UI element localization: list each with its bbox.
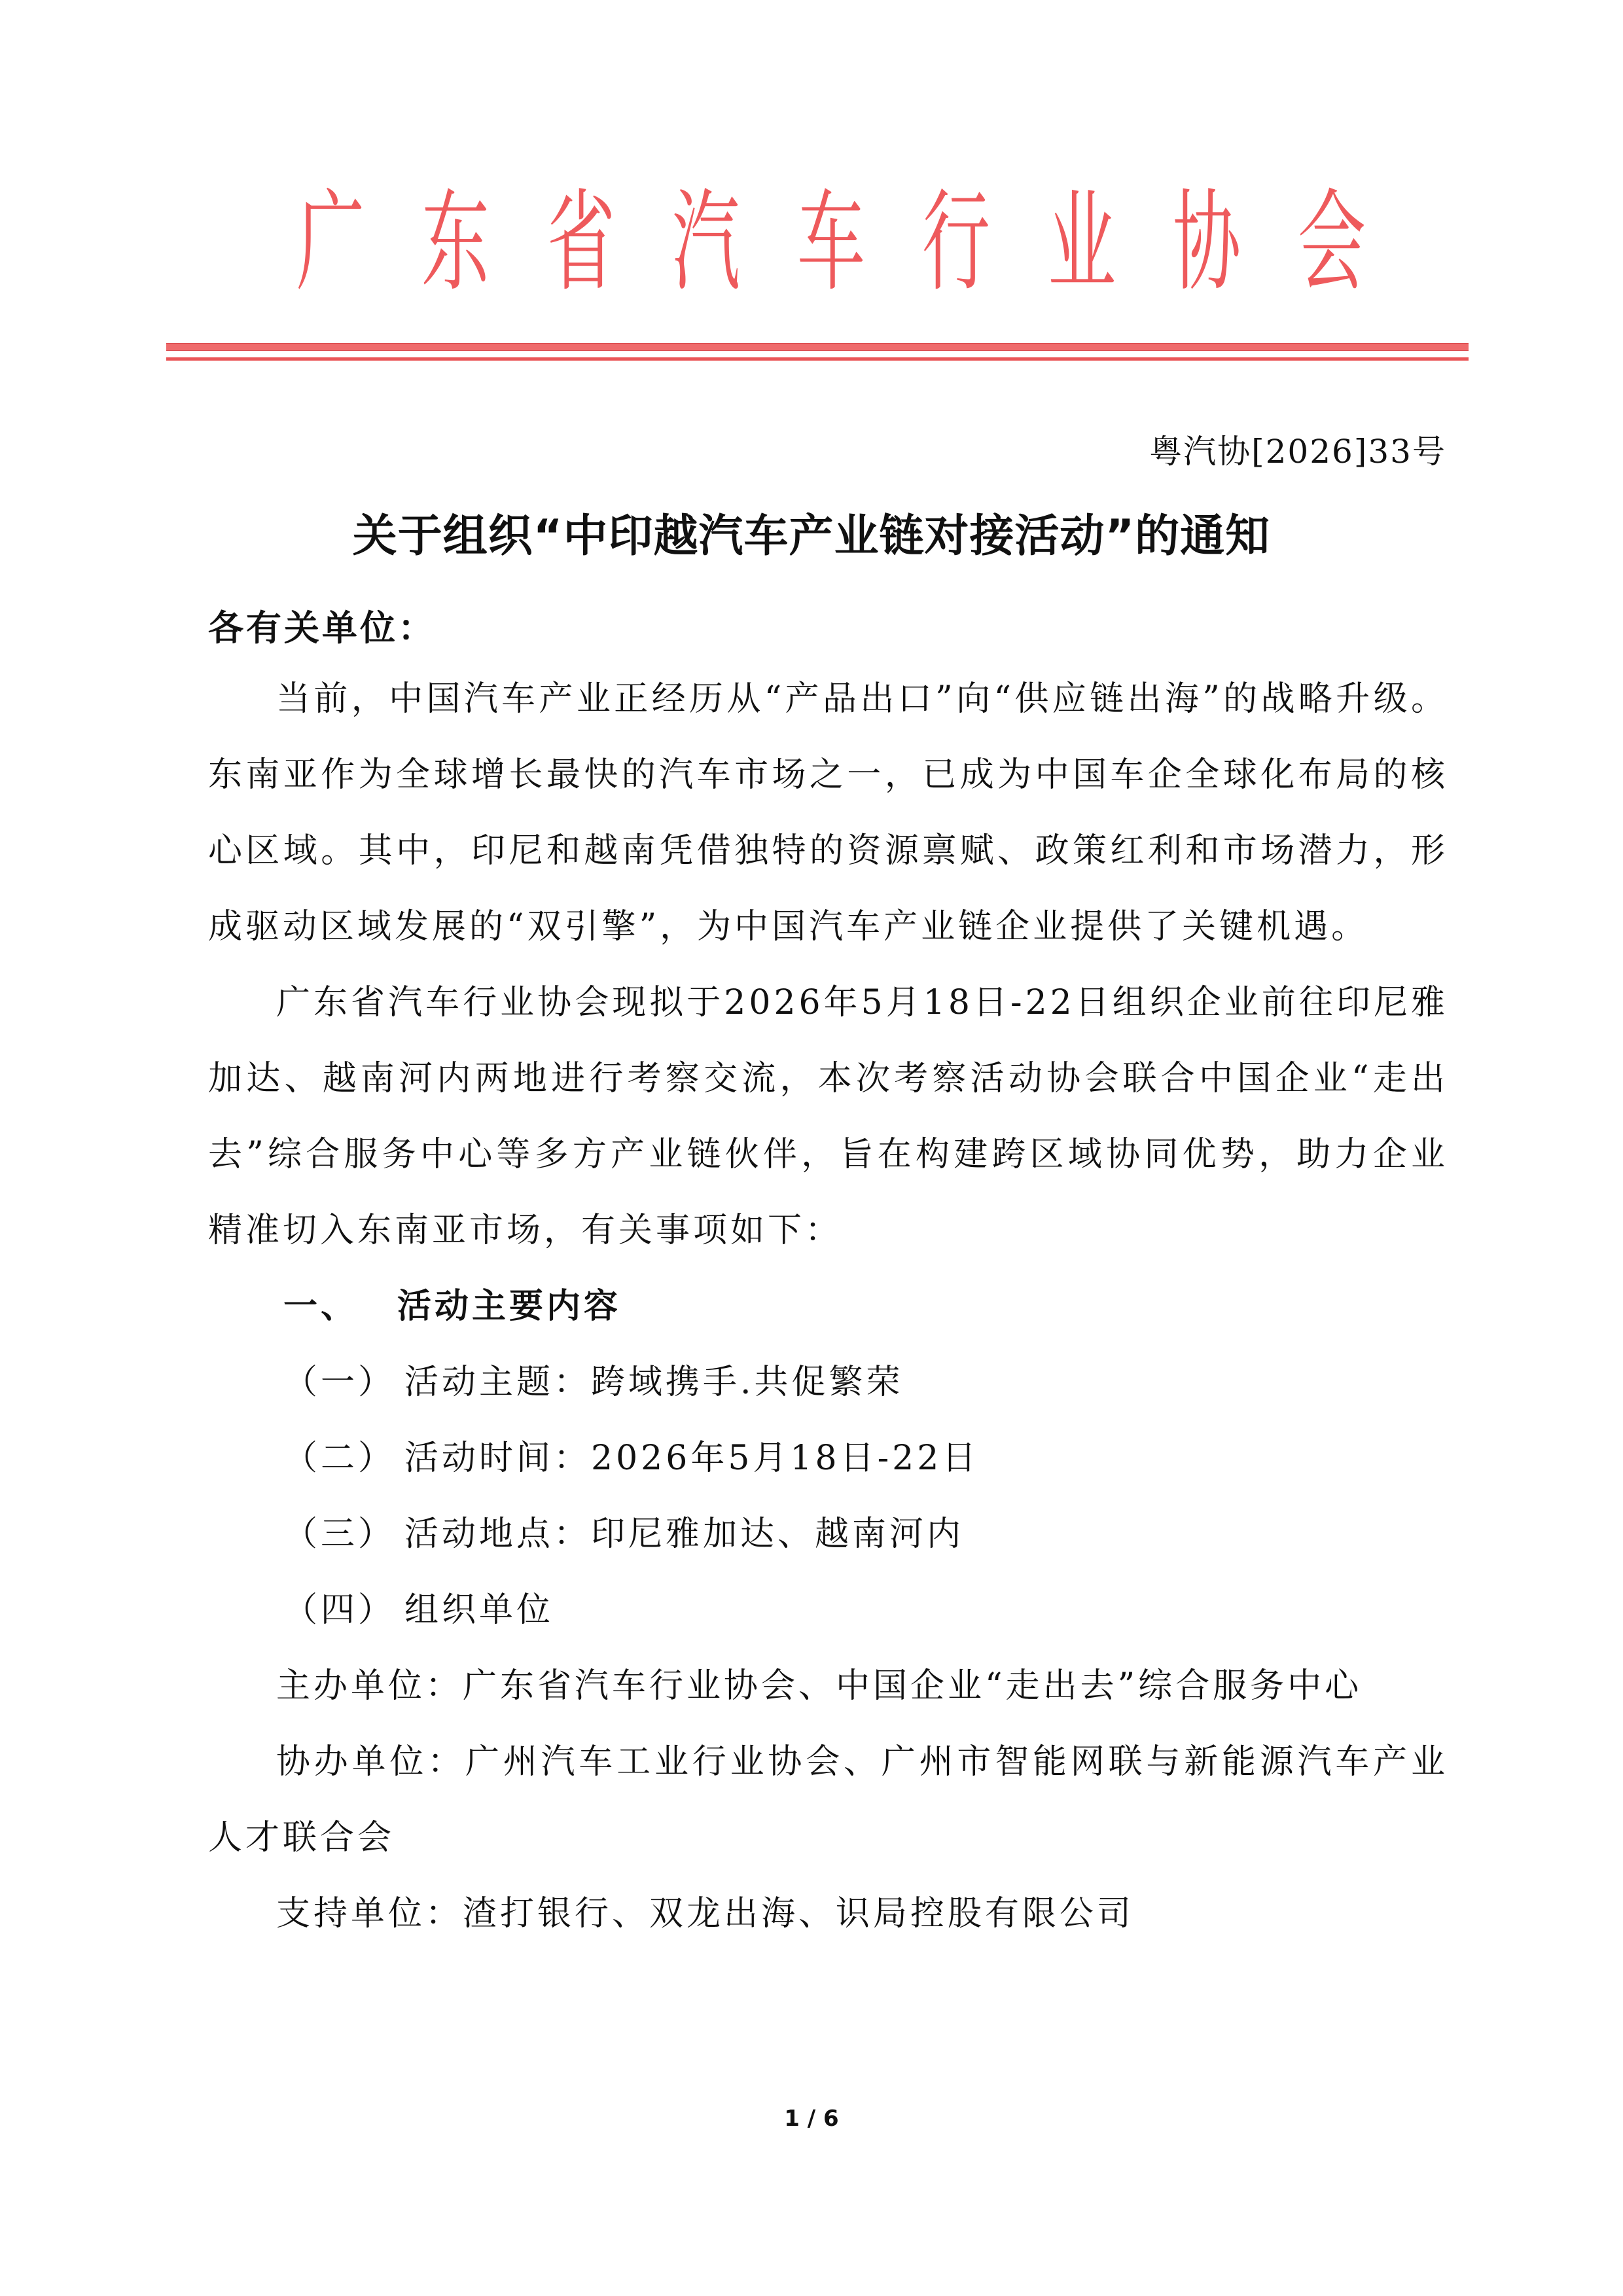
- letterhead-rule-thick: [166, 343, 1469, 351]
- item-label: （一）: [283, 1363, 395, 1402]
- item-text: 活动地点：印尼雅加达、越南河内: [404, 1515, 964, 1554]
- co-organizer: 协办单位：广州汽车工业行业协会、广州市智能网联与新能源汽车产业人才联合会: [208, 1724, 1448, 1876]
- document-number: 粤汽协[2026]33号: [1149, 429, 1446, 475]
- item-text: 活动时间：2026年5月18日-22日: [404, 1439, 979, 1478]
- letterhead-char: 东: [421, 187, 490, 297]
- body-paragraph: 广东省汽车行业协会现拟于2026年5月18日-22日组织企业前往印尼雅加达、越南…: [208, 965, 1448, 1268]
- body-paragraph: 当前，中国汽车产业正经历从“产品出口”向“供应链出海”的战略升级。东南亚作为全球…: [208, 661, 1448, 965]
- letterhead-char: 业: [1047, 187, 1116, 297]
- item-label: （二）: [283, 1439, 395, 1478]
- section-number: 一、: [283, 1287, 358, 1326]
- list-item-time: （二）活动时间：2026年5月18日-22日: [208, 1420, 1448, 1496]
- item-label: （三）: [283, 1515, 395, 1554]
- list-item-organizers: （四）组织单位: [208, 1572, 1448, 1648]
- letterhead-char: 行: [922, 187, 991, 297]
- section-title: 活动主要内容: [397, 1287, 621, 1326]
- salutation: 各有关单位：: [208, 602, 436, 655]
- letterhead-char: 协: [1172, 187, 1241, 297]
- section-heading: 一、活动主要内容: [208, 1268, 1448, 1344]
- page-number: 1 / 6: [0, 2102, 1623, 2135]
- document-body: 当前，中国汽车产业正经历从“产品出口”向“供应链出海”的战略升级。东南亚作为全球…: [208, 661, 1448, 1952]
- letterhead-char: 汽: [671, 187, 740, 297]
- list-item-theme: （一）活动主题：跨域携手.共促繁荣: [208, 1344, 1448, 1420]
- host-organizer: 主办单位：广东省汽车行业协会、中国企业“走出去”综合服务中心: [208, 1648, 1448, 1724]
- letterhead-char: 省: [546, 187, 615, 297]
- letterhead-char: 车: [796, 187, 865, 297]
- item-label: （四）: [283, 1590, 395, 1630]
- letterhead: 广 东 省 汽 车 行 业 协 会: [275, 177, 1387, 308]
- list-item-location: （三）活动地点：印尼雅加达、越南河内: [208, 1496, 1448, 1572]
- letterhead-rule-thin: [166, 357, 1469, 361]
- letterhead-char: 会: [1297, 187, 1366, 297]
- item-text: 组织单位: [404, 1590, 554, 1630]
- supporting-organizer: 支持单位：渣打银行、双龙出海、识局控股有限公司: [208, 1876, 1448, 1952]
- document-title: 关于组织“中印越汽车产业链对接活动”的通知: [0, 504, 1623, 569]
- item-text: 活动主题：跨域携手.共促繁荣: [404, 1363, 904, 1402]
- letterhead-char: 广: [296, 187, 365, 297]
